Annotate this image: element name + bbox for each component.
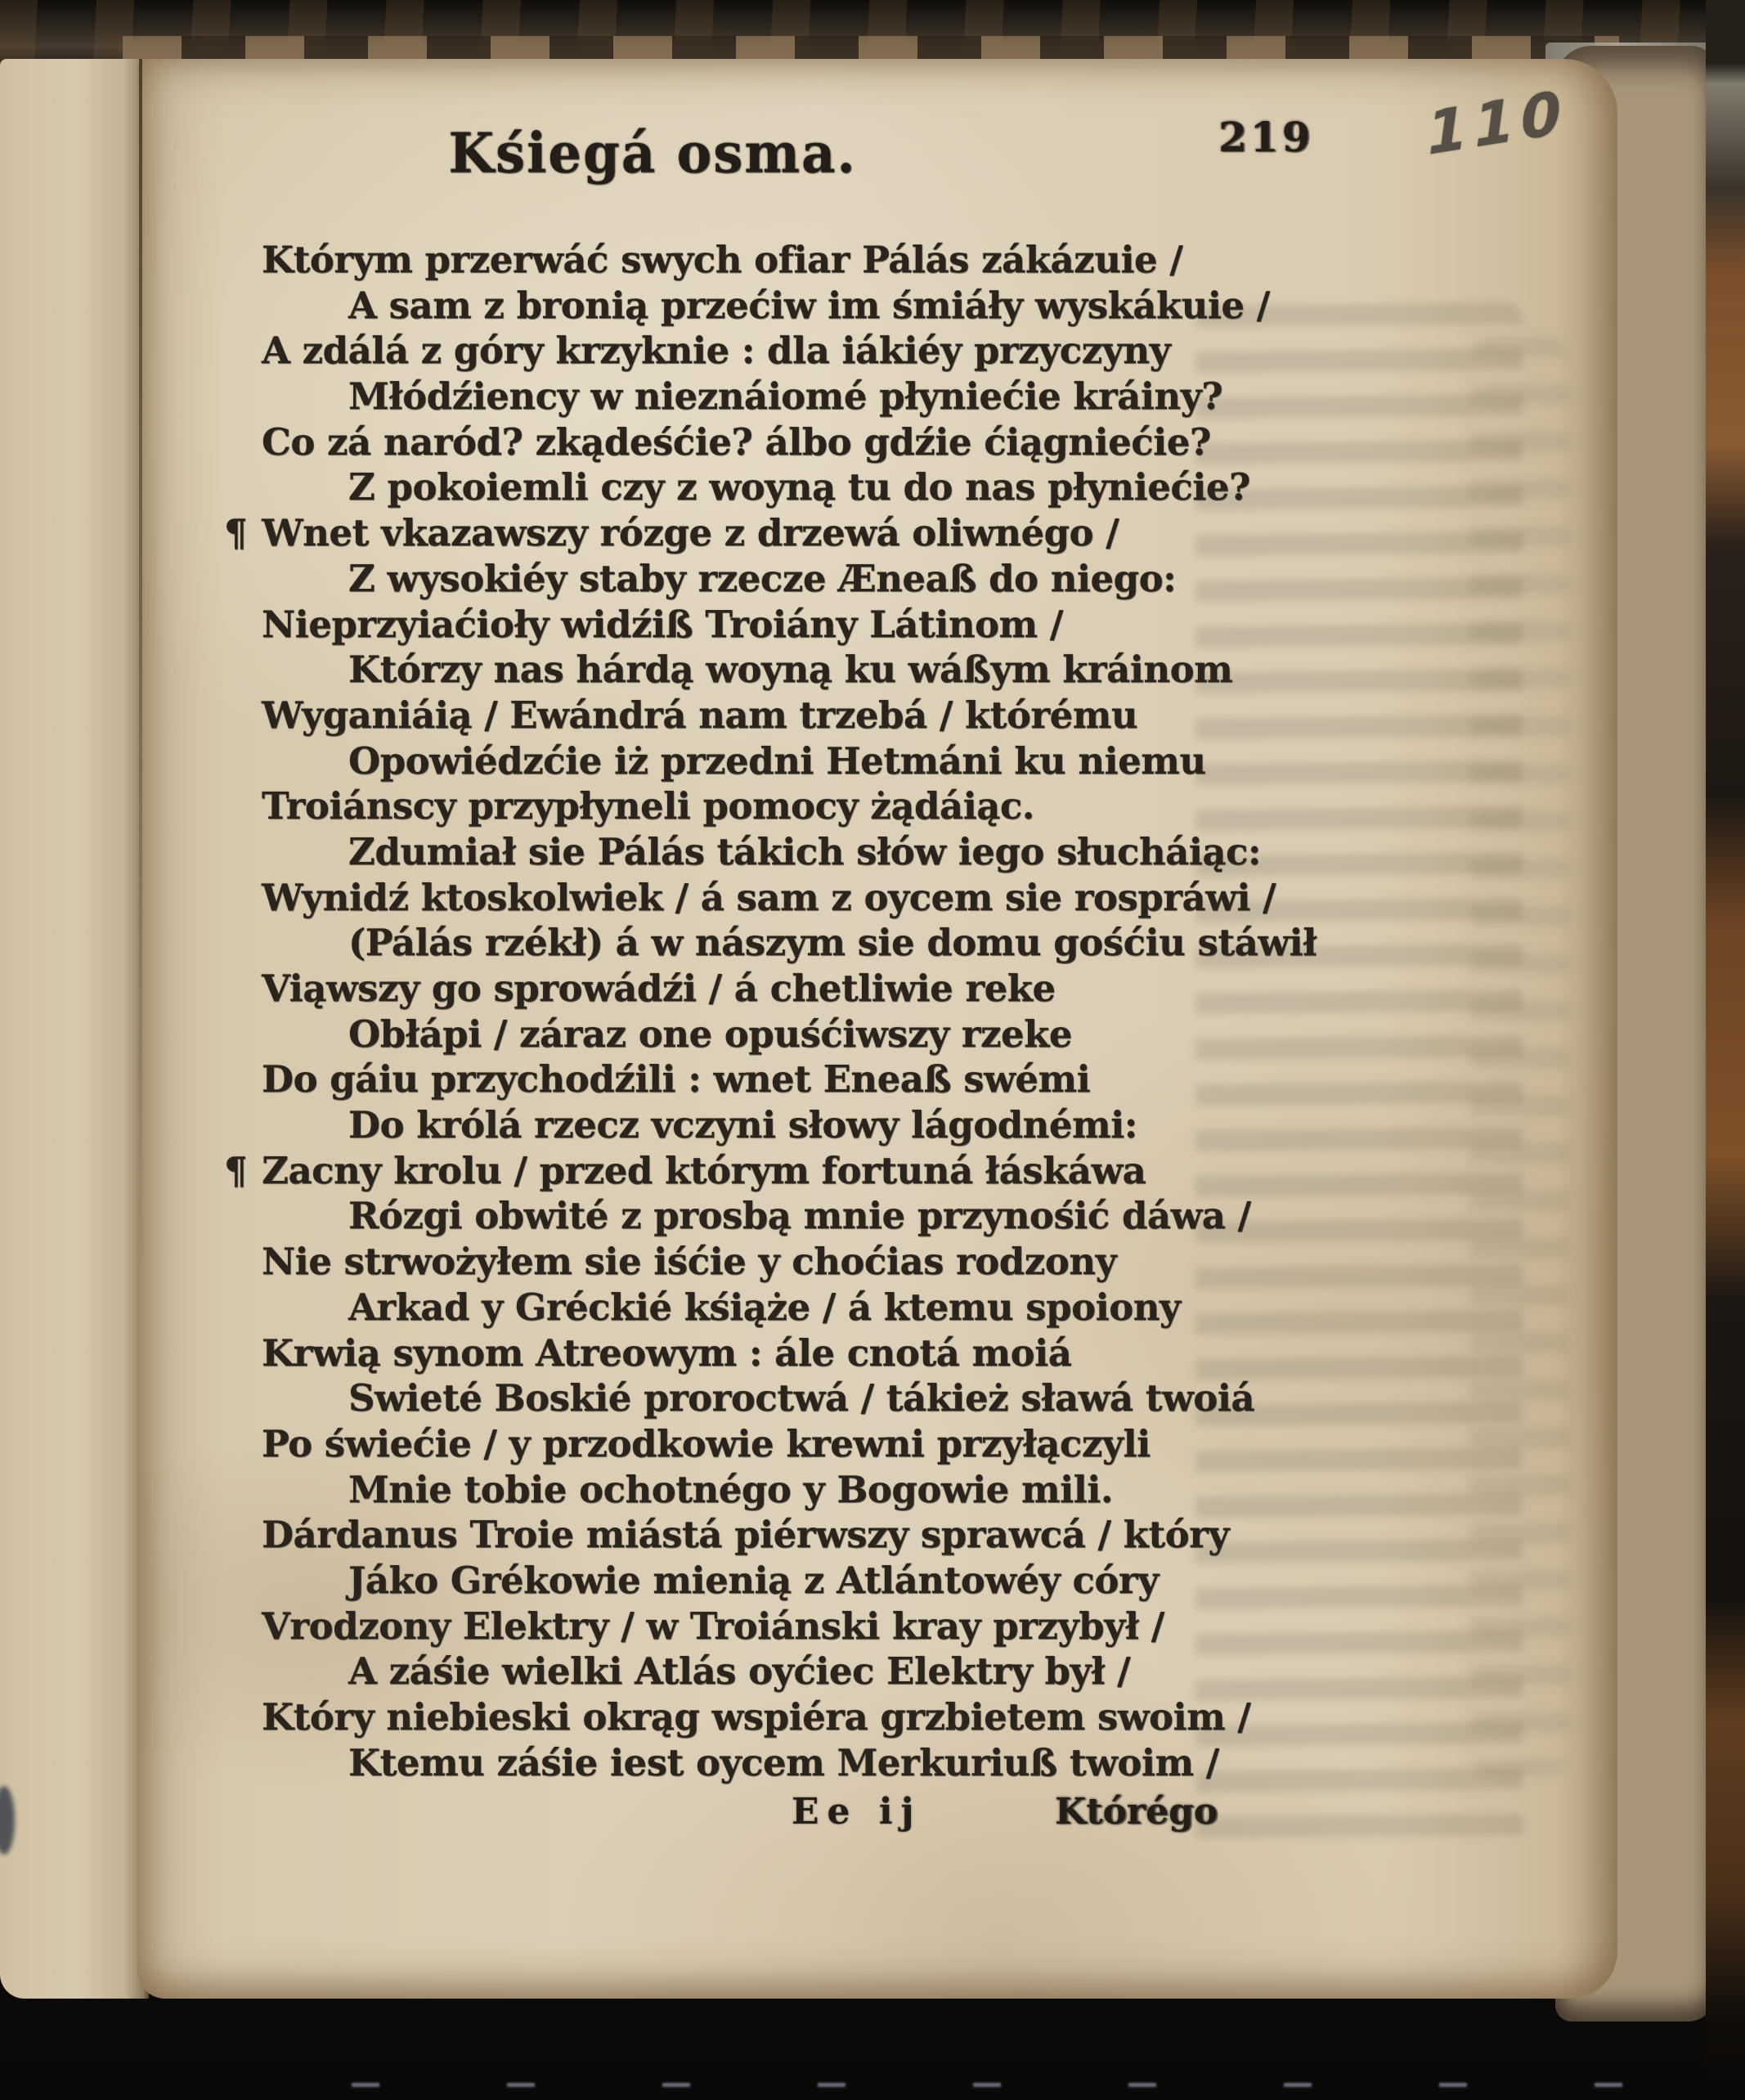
verse-text: Vrodzony Elektry / w Troiánski kray przy…	[262, 1604, 1164, 1648]
verse-text: Krwią synom Atreowym : ále cnotá moiá	[262, 1331, 1071, 1375]
verse-text: Wnet vkazawszy rózge z drzewá oliwnégo /	[262, 511, 1119, 554]
verse-line: Do gáiu przychodźili : wnet Eneaß swémi	[137, 1057, 1617, 1102]
verse-text: Wyganiáią / Ewándrá nam trzebá / którému	[262, 693, 1137, 737]
verse-line: Po świećie / y przodkowie krewni przyłąc…	[137, 1421, 1617, 1467]
verse-text: A sam z bronią przećiw im śmiáły wyskáku…	[348, 284, 1270, 327]
verse-text: Wynidź ktoskolwiek / á sam z oycem sie r…	[262, 876, 1276, 919]
printed-page-number: 219	[1218, 113, 1313, 161]
verse-line: Z pokoiemli czy z woyną tu do nas płynie…	[137, 464, 1617, 510]
verse-line: A zdálá z góry krzyknie : dla iákiéy prz…	[137, 328, 1617, 374]
page-footer: Ee ij Którégo	[137, 1791, 1617, 1848]
verse-text: Viąwszy go sprowádźi / á chetliwie reke	[262, 967, 1056, 1010]
handwritten-folio-number: 110	[1425, 77, 1570, 168]
book-page: Kśiegá osma. 219 110 Którym przerwáć swy…	[137, 59, 1617, 1999]
verse-line: Swieté Boskié proroctwá / tákież sławá t…	[137, 1375, 1617, 1421]
verse-line: ¶Zacny krolu / przed którym fortuná łásk…	[137, 1148, 1617, 1194]
verse-text: Z pokoiemli czy z woyną tu do nas płynie…	[348, 465, 1250, 509]
verse-line: Jáko Grékowie mienią z Atlántowéy córy	[137, 1558, 1617, 1604]
pilcrow-mark: ¶	[224, 1149, 247, 1192]
verse-line: A sam z bronią przećiw im śmiáły wyskáku…	[137, 283, 1617, 329]
verse-line: Troiánscy przypłyneli pomocy żądáiąc.	[137, 783, 1617, 829]
verse-text: Do gáiu przychodźili : wnet Eneaß swémi	[262, 1057, 1090, 1101]
verse-line: Którzy nas hárdą woyną ku wáßym kráinom	[137, 647, 1617, 693]
verse-text: Swieté Boskié proroctwá / tákież sławá t…	[348, 1376, 1254, 1420]
verse-line: Co zá naród? zkądeśćie? álbo gdźie ćiągn…	[137, 420, 1617, 465]
verse-text: A zdálá z góry krzyknie : dla iákiéy prz…	[262, 329, 1170, 372]
verse-text: Do królá rzecz vczyni słowy lágodnémi:	[348, 1103, 1137, 1146]
verse-text: (Pálás rzékł) á w nászym sie domu gośćiu…	[348, 921, 1317, 964]
verse-line: Arkad y Gréckié kśiąże / á ktemu spoiony	[137, 1285, 1617, 1330]
verse-text: Opowiédzćie iż przedni Hetmáni ku niemu	[348, 739, 1206, 783]
verse-line: Vrodzony Elektry / w Troiánski kray przy…	[137, 1604, 1617, 1649]
book-scan: Kśiegá osma. 219 110 Którym przerwáć swy…	[0, 0, 1745, 2100]
verse-text: Z wysokiéy staby rzecze Æneaß do niego:	[348, 557, 1176, 600]
verse-line: Opowiédzćie iż przedni Hetmáni ku niemu	[137, 738, 1617, 784]
verse-text: Nieprzyiaćioły widźiß Troiány Látinom /	[262, 603, 1063, 646]
verse-text: Dárdanus Troie miástá piérwszy sprawcá /…	[262, 1513, 1229, 1556]
verse-line: A záśie wielki Atlás oyćiec Elektry był …	[137, 1649, 1617, 1694]
verse-text: Zdumiał sie Pálás tákich słów iego słuch…	[348, 830, 1261, 873]
verse-text: Rózgi obwité z prosbą mnie przynośić dáw…	[348, 1194, 1251, 1237]
verse-line: Krwią synom Atreowym : ále cnotá moiá	[137, 1330, 1617, 1376]
verse-line: Mnie tobie ochotnégo y Bogowie mili.	[137, 1467, 1617, 1513]
verse-line: Zdumiał sie Pálás tákich słów iego słuch…	[137, 829, 1617, 875]
verse-text: Mnie tobie ochotnégo y Bogowie mili.	[348, 1468, 1113, 1511]
verse-line: Viąwszy go sprowádźi / á chetliwie reke	[137, 966, 1617, 1012]
verse-text: Jáko Grékowie mienią z Atlántowéy córy	[348, 1559, 1159, 1602]
verse-text: Obłápi / záraz one opuśćiwszy rzeke	[348, 1012, 1072, 1056]
verse-line: Młódźiency w nieznáiomé płyniećie kráiny…	[137, 374, 1617, 420]
verse-text: Młódźiency w nieznáiomé płyniećie kráiny…	[348, 375, 1222, 418]
verse-line: ¶Wnet vkazawszy rózge z drzewá oliwnégo …	[137, 510, 1617, 556]
quire-signature: Ee ij	[792, 1791, 922, 1833]
verse-text: Co zá naród? zkądeśćie? álbo gdźie ćiągn…	[262, 420, 1211, 464]
verse-text: Ktemu záśie iest oycem Merkuriuß twoim /	[348, 1741, 1219, 1784]
catchword: Którégo	[1055, 1791, 1218, 1833]
verse-line: Rózgi obwité z prosbą mnie przynośić dáw…	[137, 1193, 1617, 1239]
verse-line: Nie strwożyłem sie iśćie y choćias rodzo…	[137, 1239, 1617, 1285]
verse-text: A záśie wielki Atlás oyćiec Elektry był …	[348, 1649, 1130, 1693]
book-cover-edge	[1706, 0, 1745, 2100]
text-block: Którym przerwáć swych ofiar Pálás zákázu…	[137, 237, 1617, 1785]
verse-line: Nieprzyiaćioły widźiß Troiány Látinom /	[137, 602, 1617, 648]
verse-text: Którym przerwáć swych ofiar Pálás zákázu…	[262, 238, 1182, 281]
verse-text: Nie strwożyłem sie iśćie y choćias rodzo…	[262, 1240, 1116, 1283]
verse-line: Z wysokiéy staby rzecze Æneaß do niego:	[137, 556, 1617, 602]
pilcrow-mark: ¶	[224, 511, 247, 554]
chapter-heading: Kśiegá osma.	[342, 121, 963, 186]
verse-line: Dárdanus Troie miástá piérwszy sprawcá /…	[137, 1512, 1617, 1558]
verse-line: Obłápi / záraz one opuśćiwszy rzeke	[137, 1012, 1617, 1057]
scanner-glint	[352, 2083, 1660, 2087]
verse-line: Wynidź ktoskolwiek / á sam z oycem sie r…	[137, 875, 1617, 921]
verse-line: Do królá rzecz vczyni słowy lágodnémi:	[137, 1102, 1617, 1148]
verse-text: Troiánscy przypłyneli pomocy żądáiąc.	[262, 784, 1034, 828]
verse-line: Wyganiáią / Ewándrá nam trzebá / którému	[137, 693, 1617, 738]
verse-text: Którzy nas hárdą woyną ku wáßym kráinom	[348, 648, 1232, 691]
verse-line: Który niebieski okrąg wspiéra grzbietem …	[137, 1694, 1617, 1740]
verse-line: Ktemu záśie iest oycem Merkuriuß twoim /	[137, 1740, 1617, 1786]
adjacent-page-gutter	[0, 59, 149, 1999]
verse-text: Po świećie / y przodkowie krewni przyłąc…	[262, 1422, 1151, 1465]
verse-line: Którym przerwáć swych ofiar Pálás zákázu…	[137, 237, 1617, 283]
ink-blot	[0, 1786, 15, 1855]
verse-line: (Pálás rzékł) á w nászym sie domu gośćiu…	[137, 920, 1617, 966]
verse-text: Zacny krolu / przed którym fortuná łáská…	[262, 1149, 1146, 1192]
verse-text: Arkad y Gréckié kśiąże / á ktemu spoiony	[348, 1286, 1181, 1329]
verse-text: Który niebieski okrąg wspiéra grzbietem …	[262, 1695, 1250, 1739]
